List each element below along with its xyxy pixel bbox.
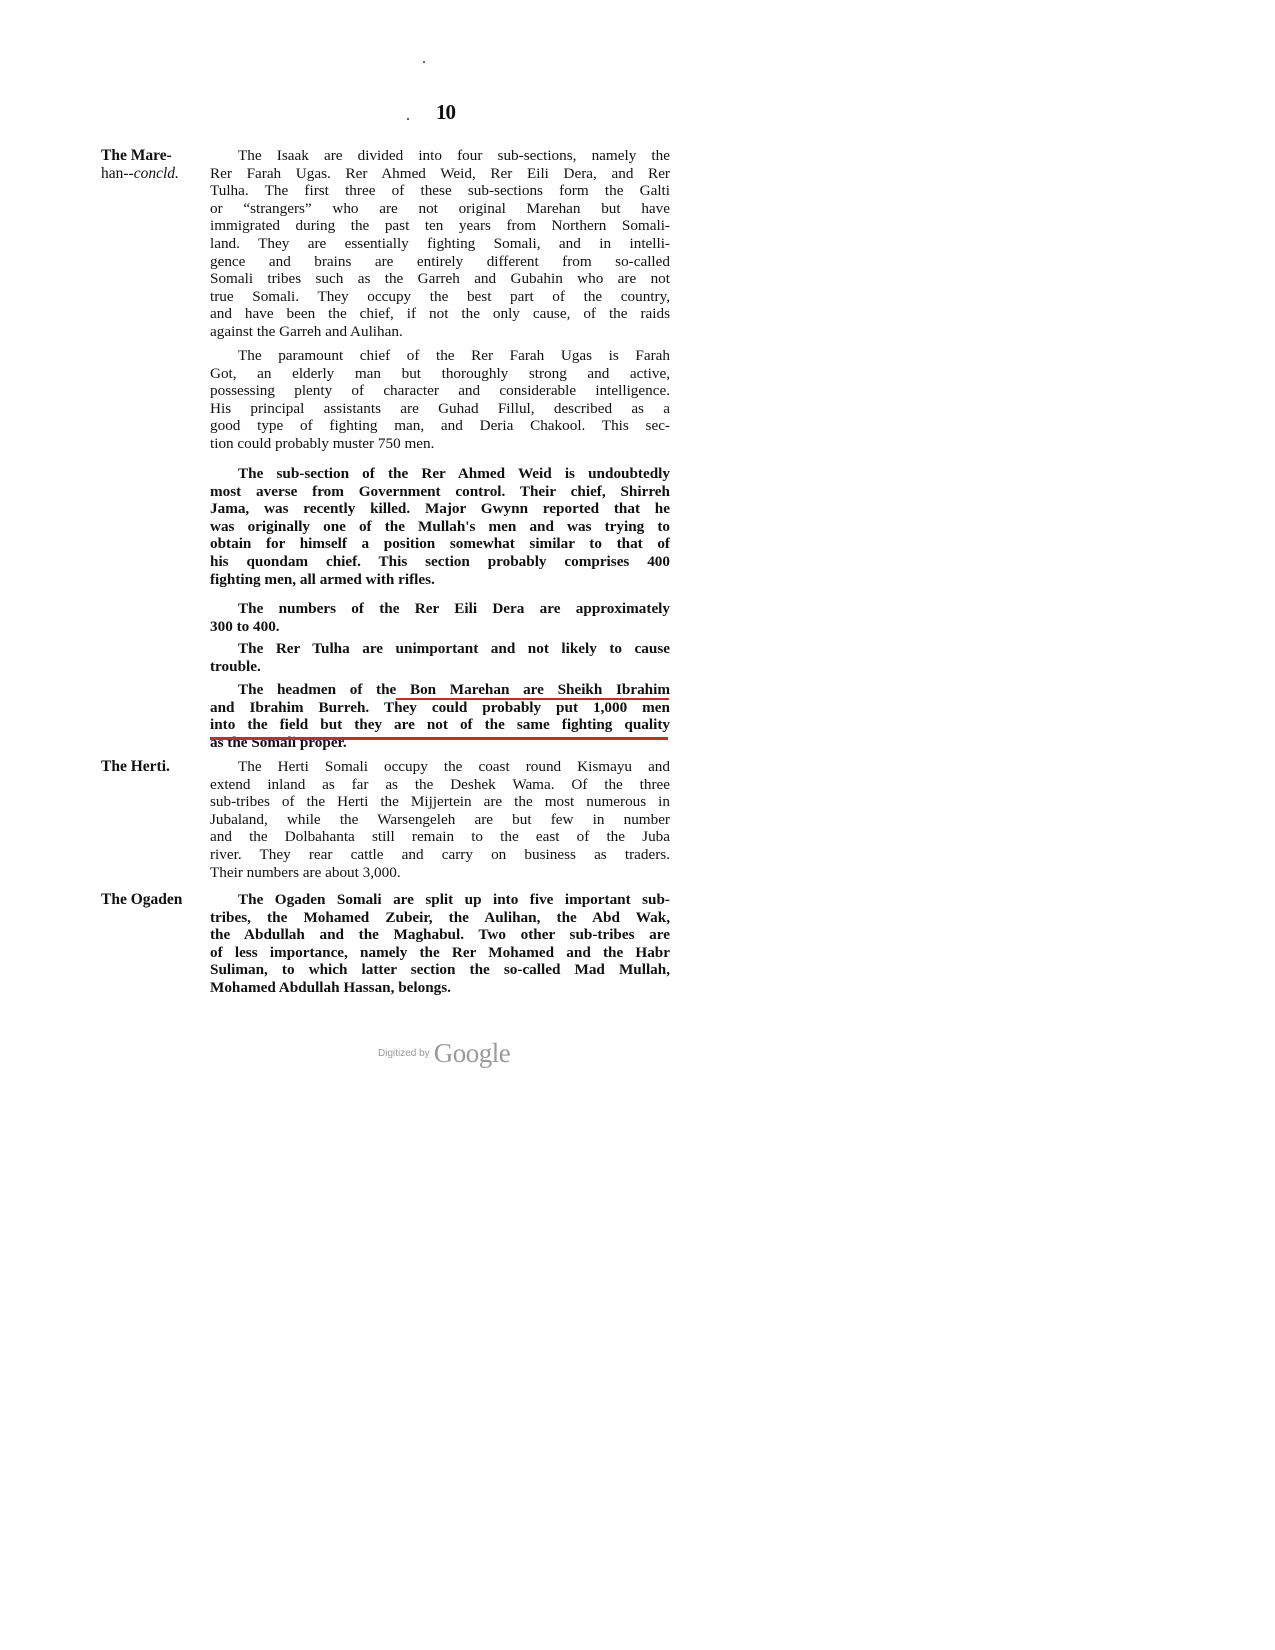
text-line: his quondam chief. This section probably… [210, 553, 670, 571]
text-line: Jubaland, while the Warsengeleh are but … [210, 811, 670, 829]
text-line: The Rer Tulha are unimportant and not li… [210, 640, 670, 658]
text-line: and have been the chief, if not the only… [210, 305, 670, 323]
text-line: and the Dolbahanta still remain to the e… [210, 828, 670, 846]
paragraph-rer-tulha: The Rer Tulha are unimportant and not li… [210, 640, 670, 675]
text-line: Tulha. The first three of these sub-sect… [210, 182, 670, 200]
text-line: trouble. [210, 658, 670, 676]
paragraph-rer-ahmed-weid: The sub-section of the Rer Ahmed Weid is… [210, 465, 670, 588]
text-line: gence and brains are entirely different … [210, 253, 670, 271]
text-line: immigrated during the past ten years fro… [210, 217, 670, 235]
text-line: Mohamed Abdullah Hassan, belongs. [210, 979, 670, 997]
scan-speck [423, 61, 425, 63]
paragraph-isaak: The Isaak are divided into four sub-sect… [210, 147, 670, 341]
paragraph-rer-farah-ugas: The paramount chief of the Rer Farah Uga… [210, 347, 670, 453]
text-line: possessing plenty of character and consi… [210, 382, 670, 400]
text-line: tion could probably muster 750 men. [210, 435, 670, 453]
text-line: extend inland as far as the Deshek Wama.… [210, 776, 670, 794]
text-line: and Ibrahim Burreh. They could probably … [210, 699, 670, 717]
paragraph-rer-eili-dera: The numbers of the Rer Eili Dera are app… [210, 600, 670, 635]
paragraph-herti: The Herti Somali occupy the coast round … [210, 758, 670, 881]
margin-note-italic: concld. [134, 165, 179, 182]
text-line: obtain for himself a position somewhat s… [210, 535, 670, 553]
text-line: land. They are essentially fighting Soma… [210, 235, 670, 253]
page-number: 10 [436, 100, 455, 125]
text-line: His principal assistants are Guhad Fillu… [210, 400, 670, 418]
text-line: The paramount chief of the Rer Farah Uga… [210, 347, 670, 365]
text-line: The Herti Somali occupy the coast round … [210, 758, 670, 776]
red-underline-bon-marehan [396, 698, 669, 700]
text-line: Somali tribes such as the Garreh and Gub… [210, 270, 670, 288]
text-line: The Isaak are divided into four sub-sect… [210, 147, 670, 165]
text-line: Rer Farah Ugas. Rer Ahmed Weid, Rer Eili… [210, 165, 670, 183]
text-line: The headmen of the Bon Marehan are Sheik… [210, 681, 670, 699]
watermark-brand: Google [434, 1038, 510, 1068]
text-line: against the Garreh and Aulihan. [210, 323, 670, 341]
text-line: fighting men, all armed with rifles. [210, 571, 670, 589]
text-line: the Abdullah and the Maghabul. Two other… [210, 926, 670, 944]
text-line: 300 to 400. [210, 618, 670, 636]
google-watermark: Digitized by Google [378, 1038, 510, 1069]
text-line: Their numbers are about 3,000. [210, 864, 670, 882]
text-line: into the field but they are not of the s… [210, 716, 670, 734]
text-line: Jama, was recently killed. Major Gwynn r… [210, 500, 670, 518]
paragraph-ogaden: The Ogaden Somali are split up into five… [210, 891, 670, 997]
scan-speck [407, 118, 409, 120]
text-line: The Ogaden Somali are split up into five… [210, 891, 670, 909]
text-line: river. They rear cattle and carry on bus… [210, 846, 670, 864]
margin-note-herti: The Herti. [101, 758, 170, 776]
text-line: Got, an elderly man but thoroughly stron… [210, 365, 670, 383]
text-line: sub-tribes of the Herti the Mijjertein a… [210, 793, 670, 811]
text-line: of less importance, namely the Rer Moham… [210, 944, 670, 962]
margin-note-marehan: The Mare- han--concld. [101, 147, 179, 182]
text-line: was originally one of the Mullah's men a… [210, 518, 670, 536]
paragraph-bon-marehan: The headmen of the Bon Marehan are Sheik… [210, 681, 670, 751]
watermark-prefix: Digitized by [378, 1048, 430, 1059]
text-line: true Somali. They occupy the best part o… [210, 288, 670, 306]
text-line: tribes, the Mohamed Zubeir, the Aulihan,… [210, 909, 670, 927]
red-underline-fighting-quality [210, 737, 668, 740]
text-line: most averse from Government control. The… [210, 483, 670, 501]
text-line: The numbers of the Rer Eili Dera are app… [210, 600, 670, 618]
text-line: good type of fighting man, and Deria Cha… [210, 417, 670, 435]
text-line: Suliman, to which latter section the so-… [210, 961, 670, 979]
margin-note-line: han-- [101, 165, 134, 182]
text-line: or “strangers” who are not original Mare… [210, 200, 670, 218]
margin-note-ogaden: The Ogaden [101, 891, 182, 909]
text-line: The sub-section of the Rer Ahmed Weid is… [210, 465, 670, 483]
margin-note-line: The Mare- [101, 147, 172, 164]
